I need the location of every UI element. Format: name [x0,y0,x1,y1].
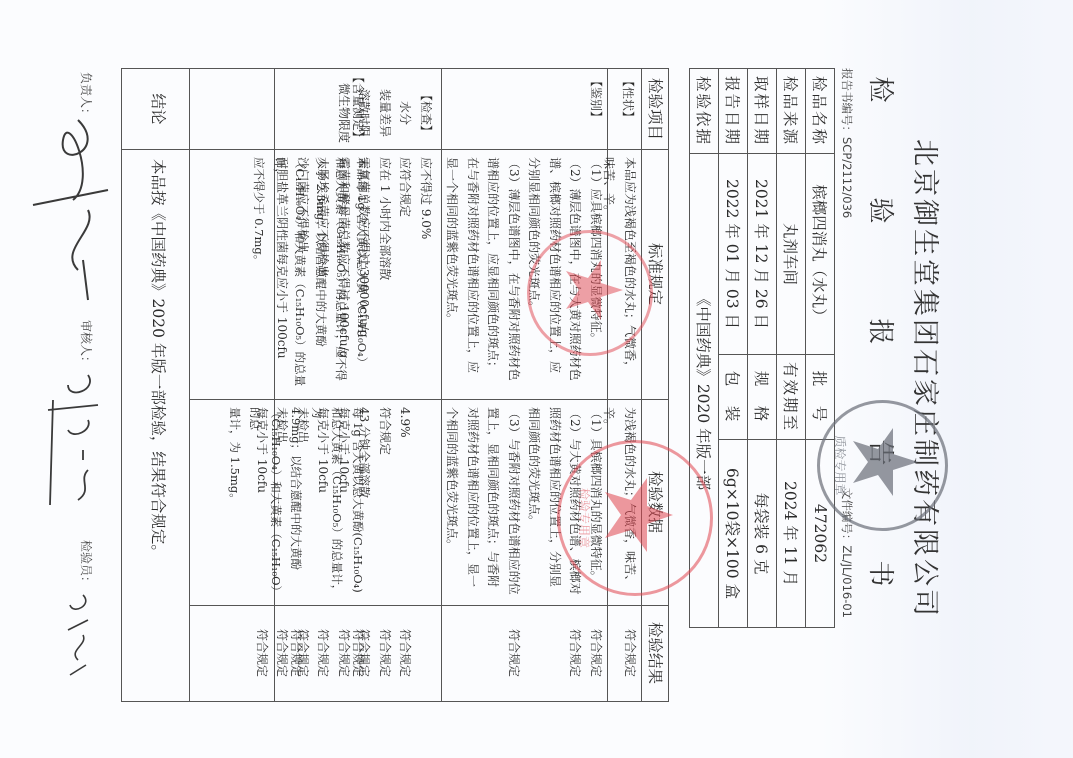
inspector-signature: 检验员： [78,540,95,588]
text-line: 显一个相同的蓝紫色荧光斑点。 [442,157,463,397]
results-table: 检验项目 标准规定 检验数据 检验结果 【性状】 本品应为浅褐色至褐色的水丸；气… [121,68,669,702]
text-line: 符合规定 [620,605,641,701]
item-appearance: 【性状】 [618,75,639,123]
text-line: 【检查】 [416,79,437,147]
text-line: 符合规定 [375,407,396,603]
text-line: （C₁₅H₁₀O₄）和大黄素（C₁₅H₁₀O）的总 [245,407,286,603]
conclusion-label: 结论 [148,69,169,149]
text-line: 和总大黄素（C₁₅H₁₀O₅）的总量计，为 [307,407,348,603]
company-name: 北京御生堂集团石家庄制药有限公司 [908,0,947,758]
text-line: 符合规定 [375,605,396,701]
text-line: 符合规定 [395,605,416,701]
text-line: 对照药材色谱相应的位置上，显一 [463,407,484,603]
text-line: 应不得过 9.0% [416,157,437,397]
star-icon [533,230,653,350]
text-line [524,605,545,701]
text-line: （3）薄层色谱图中，在与香附对照药材色 [504,157,525,397]
report-number: 报告书编号：SCP/2112/036 [839,68,855,218]
text-line: 4.9mg；以结合蒽醌中的大黄酚 [286,407,307,603]
value-source: 丸剂车间 [777,154,806,355]
text-line: 在与香附对照药材色谱相应的位置上，应 [463,157,484,397]
text-line: 符合规定 [252,605,273,701]
header-result: 检验结果 [641,605,668,701]
value-package: 6g×10袋×100 盒 [719,440,748,628]
text-line: 置上，显相同颜色的斑点；与香附 [483,407,504,603]
value-spec: 每袋装 6 克 [748,440,777,628]
value-expiry: 2024 年 11 月 [777,440,806,628]
text-line: 本品每 1g 含大黄以总大黄（C₁₅H₁₀O₄） [352,157,373,397]
value-sampling-date: 2021 年 12 月 26 日 [748,154,777,355]
text-line: 个相同的蓝紫色荧光斑点。 [442,407,463,603]
text-line: 4.9% [395,407,416,603]
inspection-stamp-secondary [527,230,653,356]
text-line: 谱相应的位置上，应显相同颜色的斑点； [483,157,504,397]
label-package: 包 装 [719,355,748,440]
value-report-date: 2022 年 01 月 03 日 [719,154,748,355]
inspection-stamp: 检验专用章 [557,440,713,596]
conclusion-text: 本品按《中国药典》2020 年版一部检验，结果符合规定。 [148,159,169,560]
text-line: 应符合规定 [395,157,416,397]
text-line: 应不得少于 0.7mg。 [249,157,270,397]
item-assay: 【含量测定】 [348,71,369,143]
header-item: 检验项目 [641,69,668,149]
qc-stamp: 质检专用章 [817,400,948,531]
text-line: 符合规定 [586,605,607,701]
text-line: 符合规定 [565,605,586,701]
text-line: （C₁₅H₁₀O₄）和大黄素（C₁₅H₁₀O₅）的总量计， [270,157,311,397]
inspection-report-page: 北京御生堂集团石家庄制药有限公司 检验报告书 报告书编号：SCP/2112/03… [0,0,1073,758]
text-line: 量计，为 1.5mg。 [225,407,246,603]
label-report-date: 报告日期 [719,69,748,154]
value-product-name: 槟榔四消丸（水丸） [806,154,835,355]
text-line [416,605,437,701]
signature-ink-responsible [28,110,118,310]
signature-ink-reviewer [38,370,108,510]
text-line: 应在 1 小时内全部溶散 [375,157,396,397]
data-assay: 每 1g 含大黄以总大黄酚(C₁₅H₁₀O₄)和总大黄素（C₁₅H₁₀O₅）的总… [225,407,369,603]
text-line: 水分 [395,79,416,147]
label-product-name: 检品名称 [806,69,835,154]
label-source: 检品来源 [777,69,806,154]
text-line: 和总大黄素（C₁₅H₁₀O₅）的总量计，应不得 [331,157,352,397]
text-line: 相同颜色的荧光斑点。 [524,407,545,603]
label-sampling-date: 取样日期 [748,69,777,154]
result-identification: 符合规定符合规定 符合规定 [504,605,607,701]
reviewer-signature: 审核人： [78,320,95,368]
text-line: 符合规定 [504,605,525,701]
result-assay: 符合规定 符合规定 [286,605,368,701]
document-title: 检验报告书 [864,0,901,758]
label-expiry: 有效期至 [777,355,806,440]
text-line: 少于 2.3mg；以结合蒽醌中的大黄酚 [311,157,332,397]
label-spec: 规 格 [748,355,777,440]
text-line: （3）与香附对照药材色谱相应的位 [504,407,525,603]
text-line [416,407,437,603]
text-line [307,605,328,701]
result-appearance: 符合规定 [620,605,641,701]
text-line: 装量差异 [375,79,396,147]
text-line: 符合规定 [286,605,307,701]
text-line: 符合规定 [348,605,369,701]
signature-ink-inspector [58,590,98,680]
item-identification: 【鉴别】 [586,75,607,123]
text-line [327,605,348,701]
standard-assay: 本品每 1g 含大黄以总大黄（C₁₅H₁₀O₄）和总大黄素（C₁₅H₁₀O₅）的… [249,157,372,397]
label-basis: 检验依据 [690,69,719,154]
text-line [545,605,566,701]
text-line: 每 1g 含大黄以总大黄酚(C₁₅H₁₀O₄) [348,407,369,603]
